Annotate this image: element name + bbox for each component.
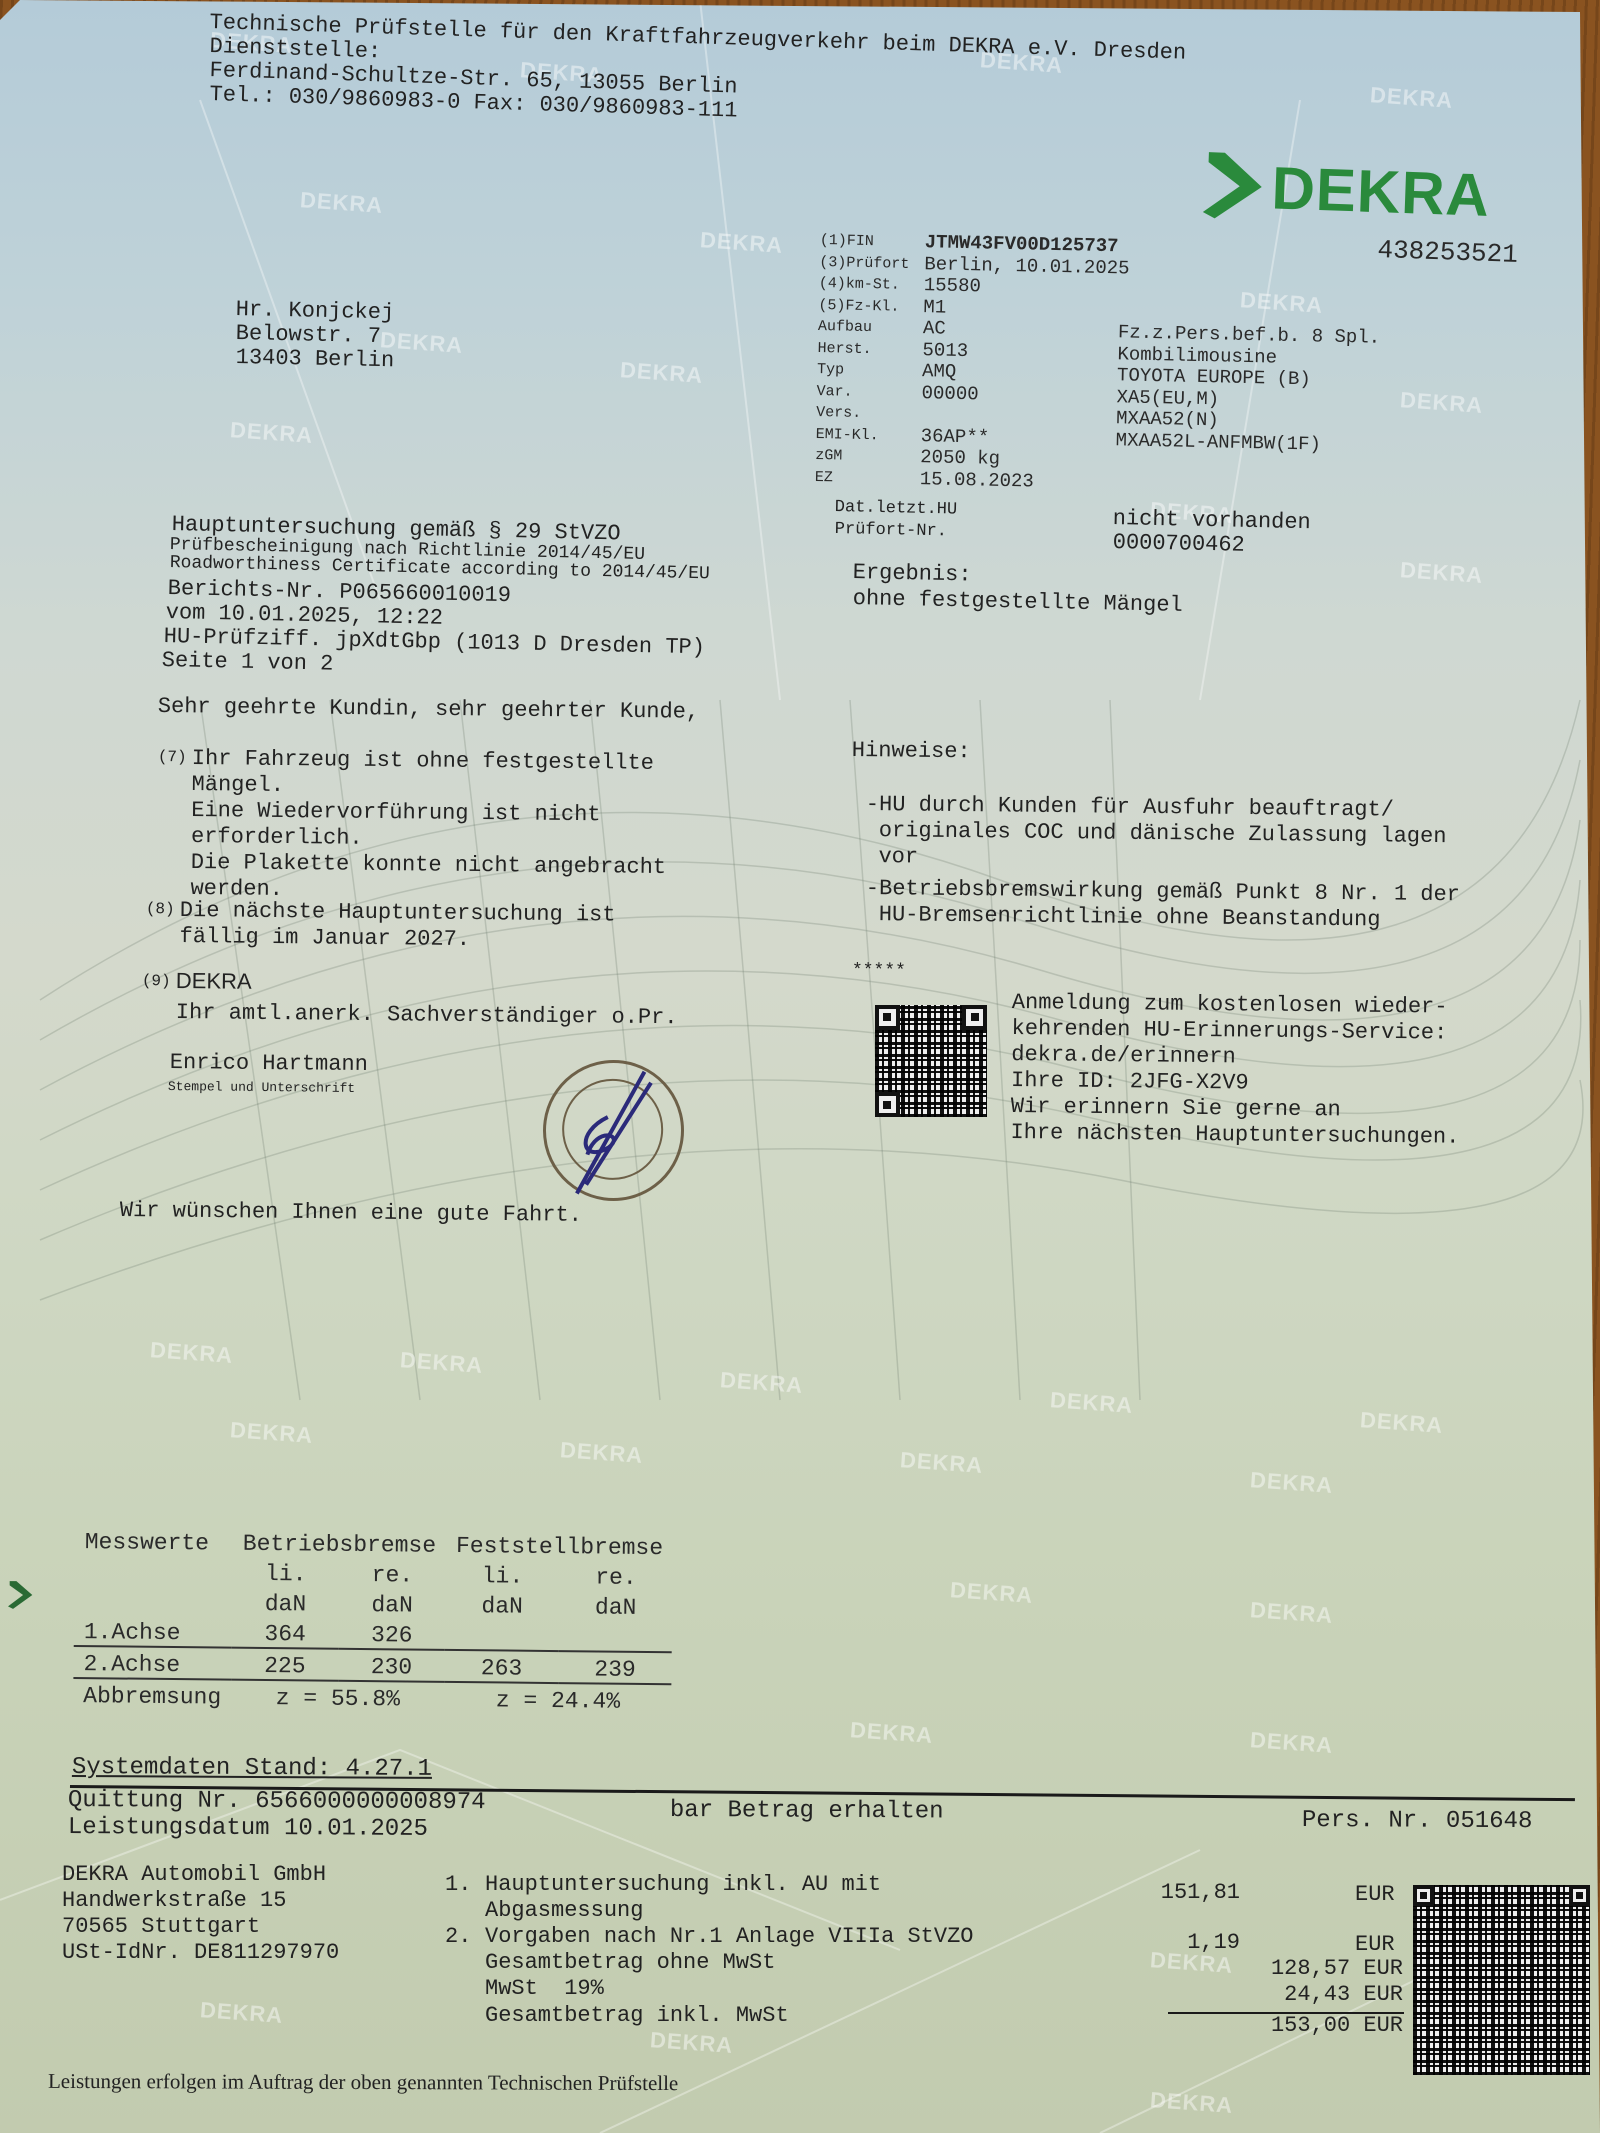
cash-received: bar Betrag erhalten [670, 1798, 944, 1825]
dekra-logo: DEKRA [1203, 150, 1492, 230]
inspector-title: Ihr amtl.anerk. Sachverständiger o.Pr. [176, 1000, 678, 1031]
separator-stars: ***** [852, 958, 906, 985]
reminder-service: Anmeldung zum kostenlosen wieder- kehren… [1010, 990, 1460, 1151]
paragraph-8-marker: (8) [146, 896, 175, 922]
result-label: Ergebnis: [852, 560, 971, 588]
vehicle-data: (1)FINJTMW43FV00D125737(3)PrüfortBerlin,… [815, 230, 1245, 497]
signature-icon [546, 1051, 676, 1215]
note-export: -HU durch Kunden für Ausfuhr beauftragt/… [865, 792, 1447, 876]
inspector-name: Enrico Hartmann [170, 1050, 368, 1078]
paragraph-8: Die nächste Hauptuntersuchung ist fällig… [179, 898, 615, 955]
salutation: Sehr geehrte Kundin, sehr geehrter Kunde… [158, 694, 700, 726]
parking-brake-ratio: z = 24.4% [444, 1682, 671, 1715]
watermark: DEKRA [949, 1577, 1034, 1609]
vat-amount: 24,43 EUR [1190, 1982, 1403, 2008]
receipt-number: Quittung Nr. 6566000000008974 [68, 1788, 486, 1816]
watermark: DEKRA [1239, 287, 1324, 319]
net-total-amount: 128,57 EUR [1190, 1956, 1403, 1982]
inspector-org: DEKRA [176, 968, 252, 995]
paragraph-9-marker: (9) [142, 968, 171, 994]
watermark: DEKRA [1359, 1407, 1444, 1439]
dekra-arrow-icon [1203, 150, 1267, 222]
watermark: DEKRA [199, 1997, 284, 2029]
side-dekra-arrow-icon [8, 1580, 34, 1610]
invoice-item-1-amount: 151,81 [1080, 1880, 1240, 1906]
watermark: DEKRA [849, 1717, 934, 1749]
watermark: DEKRA [719, 1367, 804, 1399]
report-page: Seite 1 von 2 [161, 648, 333, 678]
service-brake-ratio: z = 55.8% [231, 1680, 445, 1713]
inspection-certificate: DEKRA DEKRA DEKRA DEKRA DEKRA DEKRA DEKR… [0, 0, 1600, 2133]
watermark: DEKRA [1249, 1727, 1334, 1759]
watermark: DEKRA [299, 187, 384, 219]
invoice-item-2-amount: 1,19 [1080, 1930, 1240, 1956]
document-number: 438253521 [1377, 235, 1518, 270]
invoice-qr-code[interactable] [1413, 1885, 1590, 2075]
braking-label: Abbremsung [73, 1678, 231, 1711]
watermark: DEKRA [899, 1447, 984, 1479]
watermark: DEKRA [649, 2027, 734, 2059]
logo-wordmark: DEKRA [1271, 153, 1492, 230]
watermark: DEKRA [149, 1337, 234, 1369]
brake-measurements-table: Messwerte Betriebsbremse Feststellbremse… [73, 1525, 673, 1715]
service-brake-header: Betriebsbremse [233, 1527, 447, 1559]
watermark: DEKRA [559, 1437, 644, 1469]
personnel-number: Pers. Nr. 051648 [1302, 1808, 1533, 1835]
watermark: DEKRA [229, 417, 314, 449]
vat-id: USt-IdNr. DE811297970 [62, 1940, 339, 1966]
invoice-item-1: Hauptuntersuchung inkl. AU mit [485, 1872, 881, 1898]
watermark: DEKRA [699, 227, 784, 259]
watermark: DEKRA [1049, 1387, 1134, 1419]
watermark: DEKRA [1369, 82, 1454, 114]
notes-title: Hinweise: [852, 738, 971, 765]
invoice-item-2: Vorgaben nach Nr.1 Anlage VIIIa StVZO [485, 1924, 973, 1950]
result-value: ohne festgestellte Mängel [852, 586, 1183, 619]
watermark: DEKRA [1149, 2087, 1234, 2119]
measurements-title: Messwerte [75, 1525, 233, 1557]
closing-line: Wir wünschen Ihnen eine gute Fahrt. [120, 1198, 582, 1229]
gross-total-label: Gesamtbetrag inkl. MwSt [485, 2003, 789, 2029]
signature-caption: Stempel und Unterschrift [168, 1078, 355, 1097]
note-brakes: -Betriebsbremswirkung gemäß Punkt 8 Nr. … [865, 876, 1460, 934]
watermark: DEKRA [1399, 557, 1484, 589]
watermark: DEKRA [399, 1347, 484, 1379]
watermark: DEKRA [1399, 387, 1484, 419]
net-total-label: Gesamtbetrag ohne MwSt [485, 1950, 775, 1976]
recipient-city: 13403 Berlin [235, 345, 394, 374]
service-date: Leistungsdatum 10.01.2025 [68, 1815, 428, 1843]
parking-brake-header: Feststellbremse [446, 1529, 673, 1561]
paragraph-7-marker: (7) [158, 744, 187, 770]
paragraph-7: Ihr Fahrzeug ist ohne festgestellte Mäng… [190, 746, 667, 907]
watermark: DEKRA [1249, 1597, 1334, 1629]
system-data-version: Systemdaten Stand: 4.27.1 [72, 1755, 432, 1783]
company-address: DEKRA Automobil GmbH Handwerkstraße 15 7… [62, 1862, 339, 1966]
pruefort-nr-value: 0000700462 [1112, 530, 1245, 559]
watermark: DEKRA [619, 357, 704, 389]
reminder-qr-code[interactable] [875, 1005, 987, 1117]
official-stamp [534, 1051, 693, 1210]
pruefort-nr-label: Prüfort-Nr. [834, 517, 947, 545]
gross-total-amount: 153,00 EUR [1190, 2013, 1403, 2039]
footer-note: Leistungen erfolgen im Auftrag der oben … [48, 2069, 678, 2096]
vat-label: MwSt 19% [485, 1976, 604, 2002]
watermark: DEKRA [1249, 1467, 1334, 1499]
watermark: DEKRA [229, 1417, 314, 1449]
